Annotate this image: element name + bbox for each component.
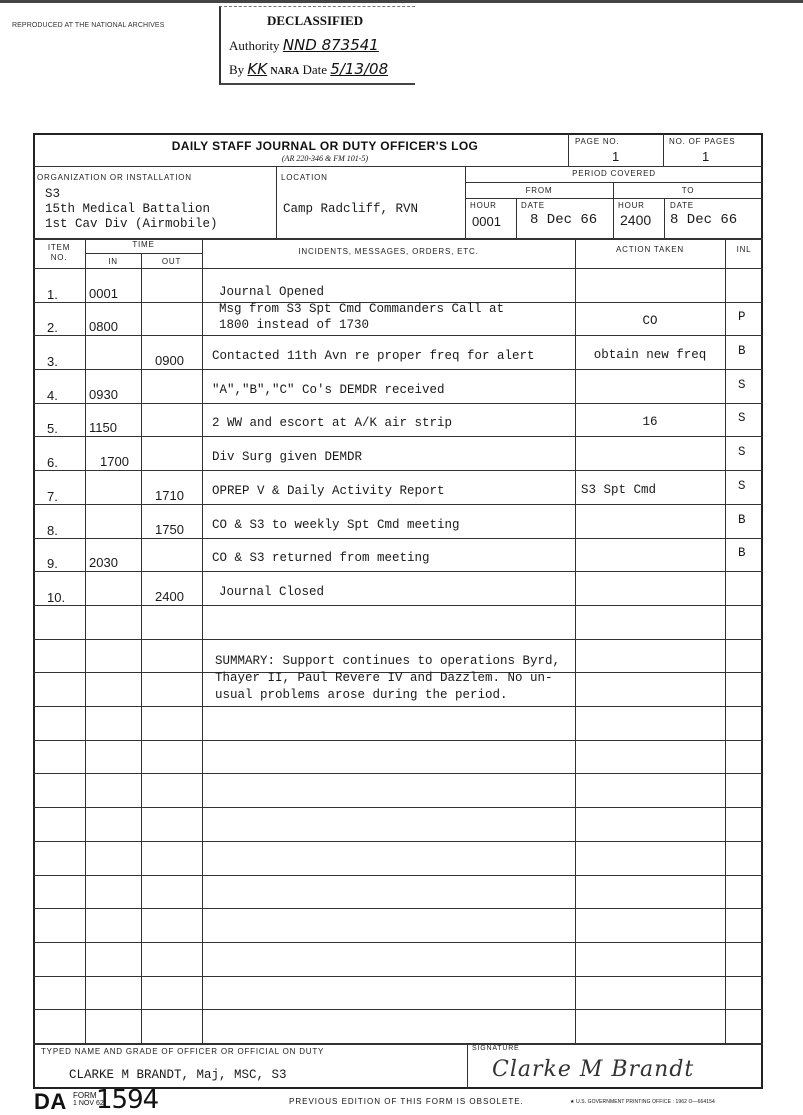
grid-line xyxy=(33,841,763,842)
item-no: 2. xyxy=(47,320,58,335)
time-in: 0930 xyxy=(89,387,118,402)
form-number: 1594 xyxy=(96,1085,158,1115)
grid-line xyxy=(33,538,763,539)
time-out: 1750 xyxy=(155,522,184,537)
item-no: 4. xyxy=(47,388,58,403)
officer-label: TYPED NAME AND GRADE OF OFFICER OR OFFIC… xyxy=(41,1047,324,1056)
org-label: ORGANIZATION OR INSTALLATION xyxy=(37,173,192,182)
initials: S xyxy=(738,411,746,425)
page-no-label: PAGE NO. xyxy=(575,137,619,146)
gpo-note: ★ U.S. GOVERNMENT PRINTING OFFICE : 1962… xyxy=(570,1099,715,1105)
item-no: 9. xyxy=(47,556,58,571)
divider xyxy=(467,1043,468,1089)
stamp-date: 5/13/08 xyxy=(330,60,388,78)
col-no: NO. xyxy=(33,253,85,262)
period-label: PERIOD COVERED xyxy=(465,169,763,178)
time-in: 0001 xyxy=(89,286,118,301)
journal-form xyxy=(33,133,763,1089)
divider xyxy=(85,253,202,254)
declassified-stamp: DECLASSIFIED Authority NND 873541 By KK … xyxy=(219,6,415,85)
item-no: 8. xyxy=(47,523,58,538)
grid-line xyxy=(33,908,763,909)
item-no: 5. xyxy=(47,421,58,436)
divider xyxy=(568,133,569,166)
officer-name: CLARKE M BRANDT, Maj, MSC, S3 xyxy=(69,1068,287,1082)
form-subtitle: (AR 220-346 & FM 101-5) xyxy=(105,154,545,163)
item-no: 10. xyxy=(47,590,65,605)
time-out: 0900 xyxy=(155,353,184,368)
grid-line xyxy=(33,571,763,572)
initials: S xyxy=(738,378,746,392)
signature: Clarke M Brandt xyxy=(492,1057,694,1082)
col-out: OUT xyxy=(141,257,202,266)
from-date: 8 Dec 66 xyxy=(530,212,597,228)
grid-line xyxy=(33,369,763,370)
summary: SUMMARY: Support continues to operations… xyxy=(215,653,560,704)
incident-text: CO & S3 to weekly Spt Cmd meeting xyxy=(212,518,460,532)
incident-text: Journal Opened xyxy=(219,285,324,299)
divider xyxy=(516,198,517,238)
org-value: S3 15th Medical Battalion 1st Cav Div (A… xyxy=(45,187,218,232)
divider xyxy=(664,198,665,238)
to-hour-label: HOUR xyxy=(618,201,645,210)
previous-edition-note: PREVIOUS EDITION OF THIS FORM IS OBSOLET… xyxy=(289,1097,524,1106)
to-date: 8 Dec 66 xyxy=(670,212,737,228)
action-taken: obtain new freq xyxy=(575,348,725,362)
initials: P xyxy=(738,310,746,324)
grid-line xyxy=(33,605,763,606)
grid-line xyxy=(33,504,763,505)
incident-text: "A","B","C" Co's DEMDR received xyxy=(212,383,445,397)
grid-line xyxy=(33,976,763,977)
time-in: 2030 xyxy=(89,555,118,570)
item-no: 1. xyxy=(47,287,58,302)
col-time: TIME xyxy=(85,240,202,249)
initials: S xyxy=(738,479,746,493)
form-prefix: DA xyxy=(34,1089,67,1115)
col-action: ACTION TAKEN xyxy=(575,245,725,254)
divider xyxy=(465,198,763,199)
incident-text: Msg from S3 Spt Cmd Commanders Call at xyxy=(219,302,504,316)
initials: B xyxy=(738,546,746,560)
archive-note: REPRODUCED AT THE NATIONAL ARCHIVES xyxy=(12,22,164,29)
initials: S xyxy=(738,445,746,459)
page-no: 1 xyxy=(612,149,619,164)
signature-label: SIGNATURE xyxy=(472,1045,520,1052)
stamp-authority: Authority NND 873541 xyxy=(229,36,379,54)
grid-line xyxy=(33,268,763,269)
grid-line xyxy=(33,942,763,943)
initials: B xyxy=(738,513,746,527)
item-no: 6. xyxy=(47,455,58,470)
grid-line xyxy=(33,807,763,808)
initials: B xyxy=(738,344,746,358)
action-taken: S3 Spt Cmd xyxy=(575,483,725,497)
incident-text: OPREP V & Daily Activity Report xyxy=(212,484,445,498)
incident-text: Contacted 11th Avn re proper freq for al… xyxy=(212,349,535,363)
incident-text: Div Surg given DEMDR xyxy=(212,450,362,464)
stamp-title: DECLASSIFIED xyxy=(267,13,363,29)
grid-line xyxy=(33,1009,763,1010)
from-date-label: DATE xyxy=(521,201,545,210)
form-title: DAILY STAFF JOURNAL OR DUTY OFFICER'S LO… xyxy=(105,139,545,153)
divider xyxy=(663,133,664,166)
grid-line xyxy=(725,238,726,1043)
col-item: ITEM xyxy=(33,243,85,252)
from-hour-label: HOUR xyxy=(470,201,497,210)
to-label: TO xyxy=(613,186,763,195)
grid-line xyxy=(33,740,763,741)
grid-line xyxy=(33,436,763,437)
to-hour: 2400 xyxy=(620,212,651,228)
grid-line xyxy=(33,403,763,404)
item-no: 3. xyxy=(47,354,58,369)
from-label: FROM xyxy=(465,186,613,195)
location-label: LOCATION xyxy=(281,173,328,182)
incident-text: 2 WW and escort at A/K air strip xyxy=(212,416,452,430)
action-taken: 16 xyxy=(575,415,725,429)
time-out: 2400 xyxy=(155,589,184,604)
divider xyxy=(465,182,763,183)
grid-line xyxy=(33,470,763,471)
stamp-by: By KK NARA Date 5/13/08 xyxy=(229,60,388,78)
scan-edge xyxy=(0,0,803,3)
incident-text: 1800 instead of 1730 xyxy=(219,318,369,332)
incident-text: Journal Closed xyxy=(219,585,324,599)
grid-line xyxy=(33,335,763,336)
time-out: 1710 xyxy=(155,488,184,503)
action-taken: CO xyxy=(575,314,725,328)
incident-text: CO & S3 returned from meeting xyxy=(212,551,430,565)
divider xyxy=(33,166,763,167)
col-in: IN xyxy=(85,257,141,266)
col-incidents: INCIDENTS, MESSAGES, ORDERS, ETC. xyxy=(202,247,575,256)
grid-line xyxy=(202,238,203,1043)
grid-line xyxy=(33,639,763,640)
grid-line xyxy=(33,773,763,774)
divider xyxy=(276,166,277,238)
grid-line xyxy=(33,706,763,707)
from-hour: 0001 xyxy=(472,214,501,229)
time-in: 1700 xyxy=(100,454,129,469)
col-inl: INL xyxy=(725,245,763,254)
no-of-pages: 1 xyxy=(702,149,709,164)
time-in: 1150 xyxy=(89,420,117,435)
time-in: 0800 xyxy=(89,319,118,334)
grid-line xyxy=(141,253,142,1043)
location-value: Camp Radcliff, RVN xyxy=(283,202,418,216)
grid-line xyxy=(85,238,86,1043)
divider xyxy=(33,1043,763,1045)
by-value: KK xyxy=(247,60,267,78)
no-of-pages-label: NO. OF PAGES xyxy=(669,137,735,146)
grid-line xyxy=(33,875,763,876)
authority-value: NND 873541 xyxy=(283,36,379,54)
to-date-label: DATE xyxy=(670,201,694,210)
item-no: 7. xyxy=(47,489,58,504)
